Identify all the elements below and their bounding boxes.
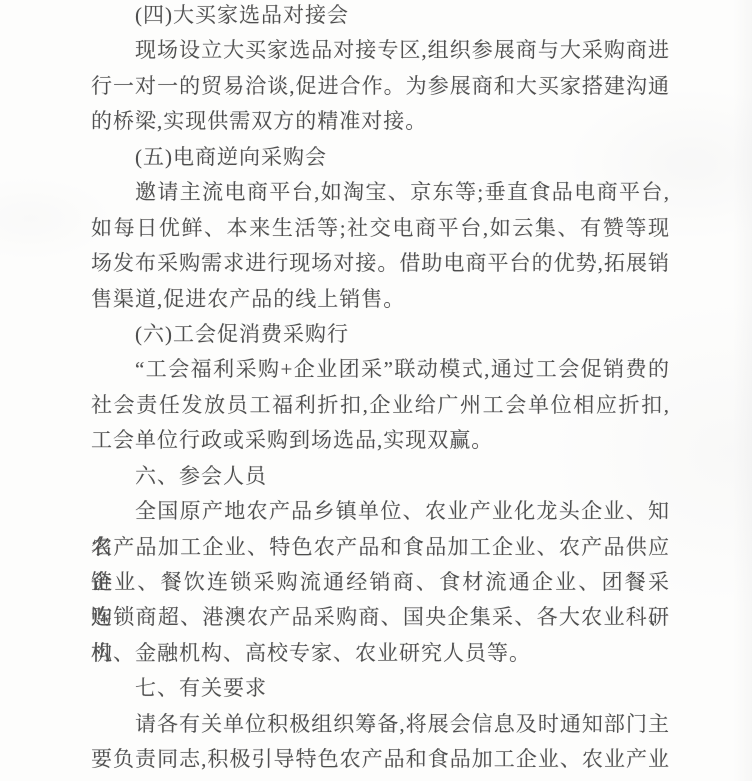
paragraph-line: 售渠道,促进农产品的线上销售。 (91, 282, 670, 317)
paragraph-line: 农产品加工企业、特色农产品和食品加工企业、农产品供应链 (91, 530, 670, 565)
paragraph-line: 企业、餐饮连锁采购流通经销商、食材流通企业、团餐采购、 (91, 565, 670, 600)
paragraph-line: 请各有关单位积极组织筹备,将展会信息及时通知部门主 (91, 707, 670, 742)
section-heading-requirements: 七、有关要求 (91, 671, 670, 706)
paragraph-line: 如每日优鲜、本来生活等;社交电商平台,如云集、有赞等现 (91, 211, 670, 246)
subsection-heading-5: (五)电商逆向采购会 (91, 140, 670, 175)
document-page: (四)大买家选品对接会 现场设立大买家选品对接专区,组织参展商与大采购商进 行一… (0, 0, 752, 781)
paragraph-line: 行一对一的贸易洽谈,促进合作。为参展商和大买家搭建沟通 (91, 69, 670, 104)
paragraph-line: 现场设立大买家选品对接专区,组织参展商与大采购商进 (91, 33, 670, 68)
paragraph-line: 全国原产地农产品乡镇单位、农业产业化龙头企业、知名 (91, 494, 670, 529)
paragraph-line: 要负责同志,积极引导特色农产品和食品加工企业、农业产业 (91, 742, 670, 777)
paragraph-line: 的桥梁,实现供需双方的精准对接。 (91, 104, 670, 139)
subsection-heading-4: (四)大买家选品对接会 (91, 0, 670, 33)
paragraph-line: 场发布采购需求进行现场对接。借助电商平台的优势,拓展销 (91, 246, 670, 281)
subsection-heading-6: (六)工会促消费采购行 (91, 317, 670, 352)
document-content: (四)大买家选品对接会 现场设立大买家选品对接专区,组织参展商与大采购商进 行一… (91, 0, 670, 778)
paragraph-line: “工会福利采购+企业团采”联动模式,通过工会促销费的 (91, 352, 670, 387)
paragraph-line: 社会责任发放员工福利折扣,企业给广州工会单位相应折扣, (91, 388, 670, 423)
paragraph-line: 工会单位行政或采购到场选品,实现双赢。 (91, 423, 670, 458)
section-heading-attendees: 六、参会人员 (91, 459, 670, 494)
paragraph-line: 连锁商超、港澳农产品采购商、国央企集采、各大农业科研机 (91, 600, 670, 635)
paragraph-line: 构、金融机构、高校专家、农业研究人员等。 (91, 636, 670, 671)
paragraph-line: 邀请主流电商平台,如淘宝、京东等;垂直食品电商平台, (91, 175, 670, 210)
